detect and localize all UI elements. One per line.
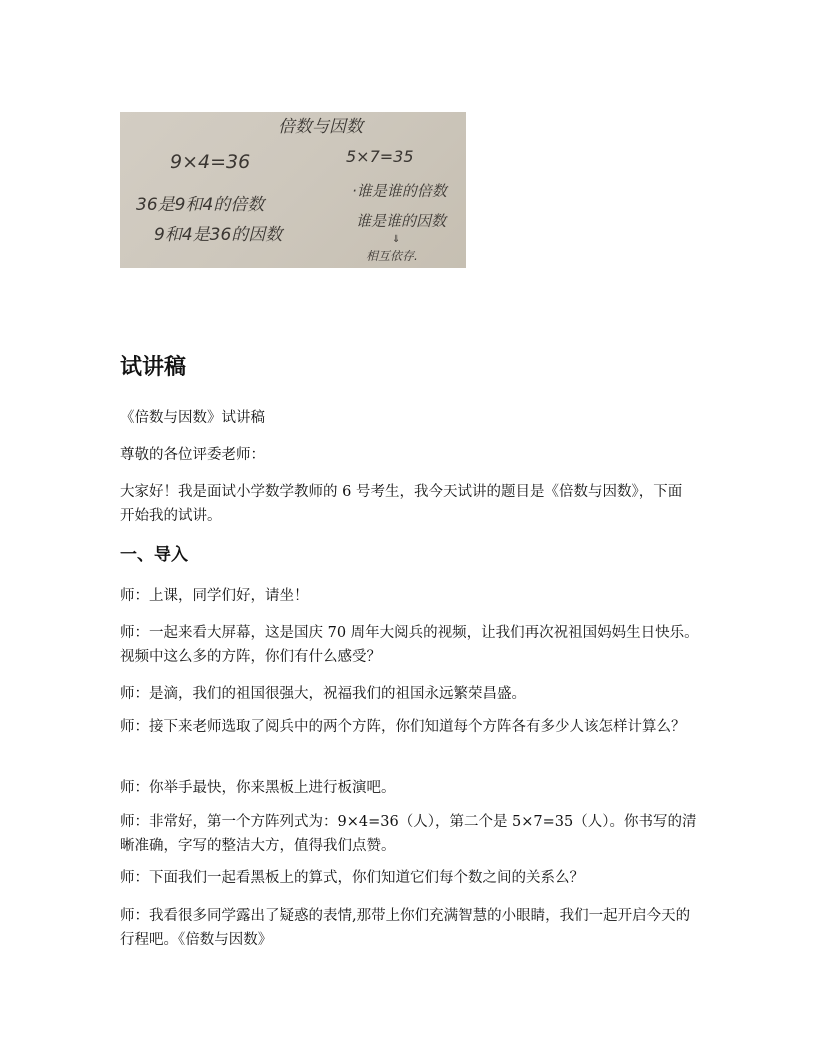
dialogue-paragraph: 师：非常好，第一个方阵列式为：9×4=36（人），第二个是 5×7=35（人）。…	[120, 810, 700, 858]
board-left-line1: 36是9和4的倍数	[136, 195, 267, 215]
paragraph-introduction: 大家好！我是面试小学数学教师的 6 号考生，我今天试讲的题目是《倍数与因数》，下…	[120, 480, 695, 528]
dialogue-paragraph: 师：我看很多同学露出了疑惑的表情,那带上你们充满智慧的小眼睛，我们一起开启今天的…	[120, 904, 700, 952]
board-right-equation: 5×7=35	[346, 147, 414, 166]
board-left-equation: 9×4=36	[170, 151, 250, 173]
document-title: 试讲稿	[120, 350, 186, 381]
board-title: 倍数与因数	[278, 117, 366, 137]
dialogue-paragraph: 师：下面我们一起看黑板上的算式，你们知道它们每个数之间的关系么？	[120, 866, 700, 890]
dialogue-paragraph: 师：一起来看大屏幕，这是国庆 70 周年大阅兵的视频，让我们再次祝祖国妈妈生日快…	[120, 621, 700, 669]
paragraph-greeting: 尊敬的各位评委老师：	[120, 443, 700, 467]
dialogue-paragraph: 师：是滴，我们的祖国很强大，祝福我们的祖国永远繁荣昌盛。	[120, 682, 700, 706]
dialogue-paragraph: 师：接下来老师选取了阅兵中的两个方阵，你们知道每个方阵各有多少人该怎样计算么？	[120, 715, 700, 739]
dialogue-paragraph: 师：上课，同学们好，请坐！	[120, 584, 700, 608]
board-left-line2: 9和4是36的因数	[154, 225, 285, 245]
board-arrow-icon: ⇓	[392, 234, 400, 245]
board-right-line3: 相互依存.	[366, 249, 418, 263]
dialogue-paragraph: 师：你举手最快，你来黑板上进行板演吧。	[120, 776, 700, 800]
board-right-line2: 谁是谁的因数	[356, 212, 448, 230]
handwritten-board-photo: 倍数与因数 9×4=36 36是9和4的倍数 9和4是36的因数 5×7=35 …	[120, 112, 466, 268]
board-photo-content: 倍数与因数 9×4=36 36是9和4的倍数 9和4是36的因数 5×7=35 …	[120, 112, 466, 268]
section-heading-introduction: 一、导入	[120, 540, 188, 565]
board-right-line1: ·谁是谁的倍数	[352, 182, 449, 200]
paragraph-lecture-title: 《倍数与因数》试讲稿	[120, 406, 700, 430]
